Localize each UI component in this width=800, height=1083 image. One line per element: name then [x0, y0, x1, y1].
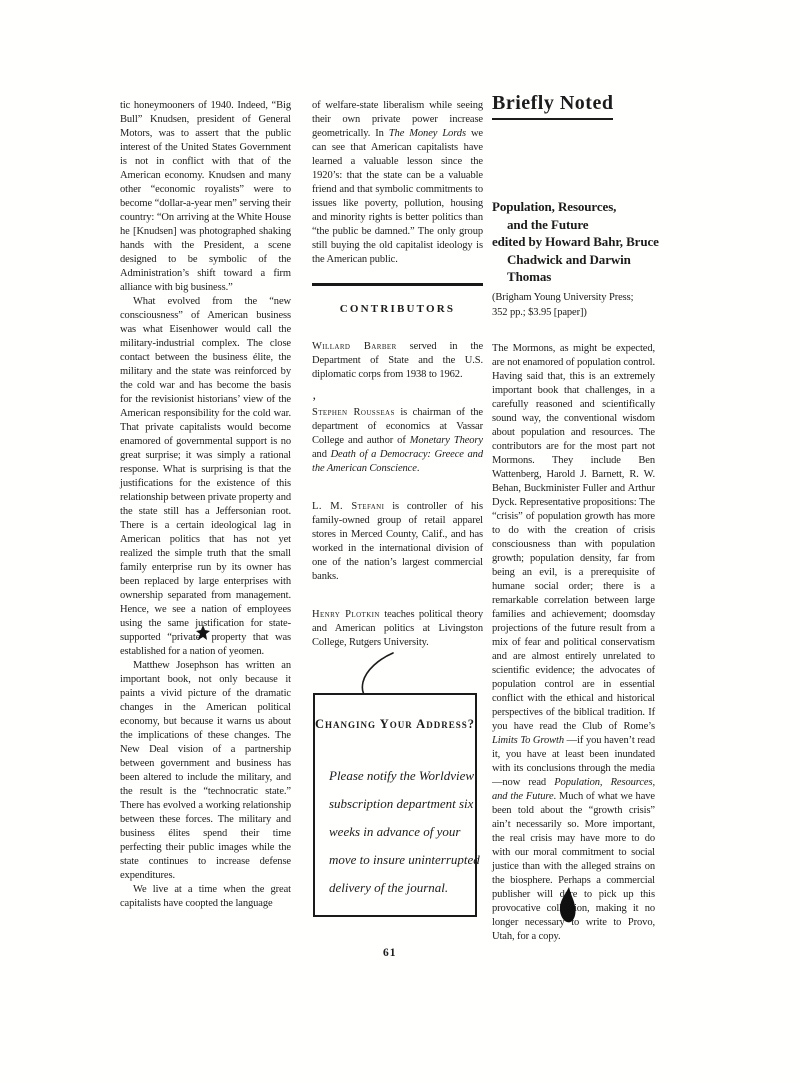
review-paragraph: The Mormons, as might be expected, are n… — [492, 342, 655, 944]
contributor-entry: Stephen Rousseas is chairman of the depa… — [312, 406, 483, 476]
contributors-heading: CONTRIBUTORS — [312, 302, 483, 316]
page-number: 61 — [383, 947, 397, 959]
contributors-list: Willard Barber served in the Department … — [312, 340, 483, 650]
paragraph: Matthew Josephson has written an importa… — [120, 659, 291, 883]
book-heading: Population, Resources,and the Future edi… — [492, 198, 655, 320]
text-line: 352 pp.; $3.95 [paper]) — [492, 305, 655, 320]
book-title: Population, Resources,and the Future — [492, 198, 655, 233]
text-run: Limits To Growth — [492, 735, 564, 746]
text-line: and the Future — [492, 216, 655, 234]
paragraph: We live at a time when the great capital… — [120, 883, 291, 911]
text-run: Death of a Democracy: Greece and the Ame… — [312, 449, 483, 474]
text-line: Population, Resources, — [492, 198, 655, 216]
text-run: We live at a time when the great capital… — [120, 884, 291, 909]
left-column: tic honeymooners of 1940. Indeed, “Big B… — [120, 99, 291, 911]
middle-column: of welfare-state liberalism while seeing… — [312, 99, 483, 650]
section-title: Briefly Noted — [492, 92, 613, 120]
text-run: Matthew Josephson has written an importa… — [120, 660, 291, 881]
right-column: Briefly Noted Population, Resources,and … — [492, 92, 655, 944]
text-line: delivery of the journal. — [329, 874, 465, 902]
text-run: L. M. Stefani — [312, 501, 384, 512]
lead-paragraph: of welfare-state liberalism while seeing… — [312, 99, 483, 267]
paragraph: tic honeymooners of 1940. Indeed, “Big B… — [120, 99, 291, 295]
text-run: is controller of his family-owned group … — [312, 501, 483, 582]
book-publisher: (Brigham Young University Press;352 pp.;… — [492, 290, 655, 320]
book-editors: edited by Howard Bahr, BruceChadwick and… — [492, 233, 655, 286]
text-line: Thomas — [492, 268, 655, 286]
ink-blot — [196, 625, 210, 641]
address-box-text: Please notify the Worldviewsubscription … — [315, 762, 475, 902]
text-line: move to insure uninterrupted — [329, 846, 465, 874]
contributor-entry: L. M. Stefani is controller of his famil… — [312, 500, 483, 584]
text-line: Chadwick and Darwin — [492, 251, 655, 269]
paragraph: What evolved from the “new consciousness… — [120, 295, 291, 659]
text-run: tic honeymooners of 1940. Indeed, “Big B… — [120, 100, 291, 293]
magazine-page: tic honeymooners of 1940. Indeed, “Big B… — [0, 0, 800, 1083]
text-line: (Brigham Young University Press; — [492, 290, 655, 305]
text-run: Monetary Theory — [410, 435, 483, 446]
text-run: we can see that American capitalists hav… — [312, 128, 483, 265]
contributor-entry: Willard Barber served in the Department … — [312, 340, 483, 382]
text-run: The Mormons, as might be expected, are n… — [492, 343, 655, 732]
section-divider — [312, 283, 483, 286]
text-run: Henry Plotkin — [312, 609, 380, 620]
text-line: Please notify the Worldview — [329, 762, 465, 790]
stray-mark: ’ — [312, 394, 316, 410]
text-line: subscription department six — [329, 790, 465, 818]
text-run: Stephen Rousseas — [312, 407, 395, 418]
address-box-heading: Changing Your Address? — [315, 717, 475, 732]
text-run: Willard Barber — [312, 341, 397, 352]
text-line: edited by Howard Bahr, Bruce — [492, 233, 655, 251]
text-run: . — [417, 463, 420, 474]
text-line: weeks in advance of your — [329, 818, 465, 846]
contributor-entry: Henry Plotkin teaches political theory a… — [312, 608, 483, 650]
text-run: The Money Lords — [389, 128, 466, 139]
text-run: and — [312, 449, 331, 460]
text-run: What evolved from the “new consciousness… — [120, 296, 291, 657]
ink-blot — [555, 887, 581, 925]
address-box: Changing Your Address? Please notify the… — [313, 693, 477, 917]
